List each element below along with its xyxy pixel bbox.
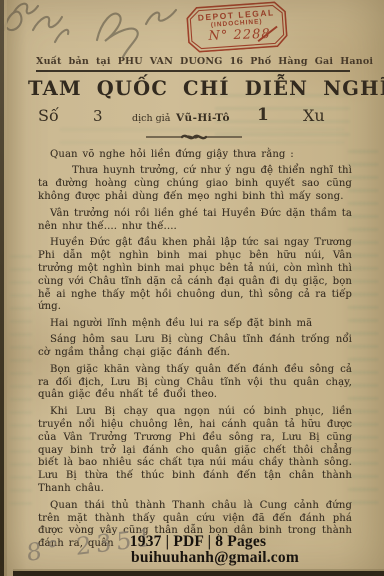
issue-number: 3	[93, 107, 103, 125]
paragraph: Hai người lĩnh mệnh đều lui ra sếp đặt b…	[38, 318, 352, 331]
paragraph: Thưa huynh trưởng, cứ như ý ngu đệ thiển…	[38, 165, 352, 204]
paragraph: Vân trưởng nói rồi liền ghé tai Huyền Đứ…	[38, 208, 352, 234]
page-left-edge-highlight	[4, 0, 7, 576]
paragraph: Huyền Đức gật đầu khen phải lập tức sai …	[38, 237, 352, 314]
watermark-email: buihuuhanh@gmail.com	[0, 549, 384, 567]
header-rule	[36, 70, 350, 72]
price-unit: Xu	[303, 106, 325, 125]
book-title: TAM QUỐC CHÍ DIỄN NGHĨA	[28, 77, 358, 100]
issue-info-row: Số 3 dịch giả Vũ-Hi-Tô 1 Xu	[0, 101, 384, 127]
paragraph: Sáng hôm sau Lưu Bị cùng Châu tĩnh đánh …	[38, 334, 352, 360]
translator-label: dịch giả	[132, 113, 170, 124]
paragraph: Quan võ nghe hỏi liền đứng giậy thưa rằn…	[38, 149, 352, 162]
translator-name: Vũ-Hi-Tô	[176, 112, 230, 124]
section-divider-ornament-icon	[146, 132, 242, 142]
digitizer-watermark: 1937 | PDF | 8 Pages buihuuhanh@gmail.co…	[0, 533, 384, 567]
depot-legal-stamp: DEPOT LEGAL (INDOCHINE) N° 2288	[186, 1, 289, 54]
page-bottom-edge-shadow	[13, 571, 384, 576]
pencil-scribble-annotation	[0, 0, 200, 62]
price-number: 1	[257, 105, 269, 125]
page-body-text: Quan võ nghe hỏi liền đứng giậy thưa rằn…	[38, 149, 352, 555]
paragraph: Khi Lưu Bị chạy qua ngọn núi có binh phụ…	[38, 406, 352, 496]
issue-number-label: Số	[38, 106, 59, 125]
paragraph: Bọn giặc khăn vàng thấy quân đến đánh đề…	[38, 364, 352, 403]
